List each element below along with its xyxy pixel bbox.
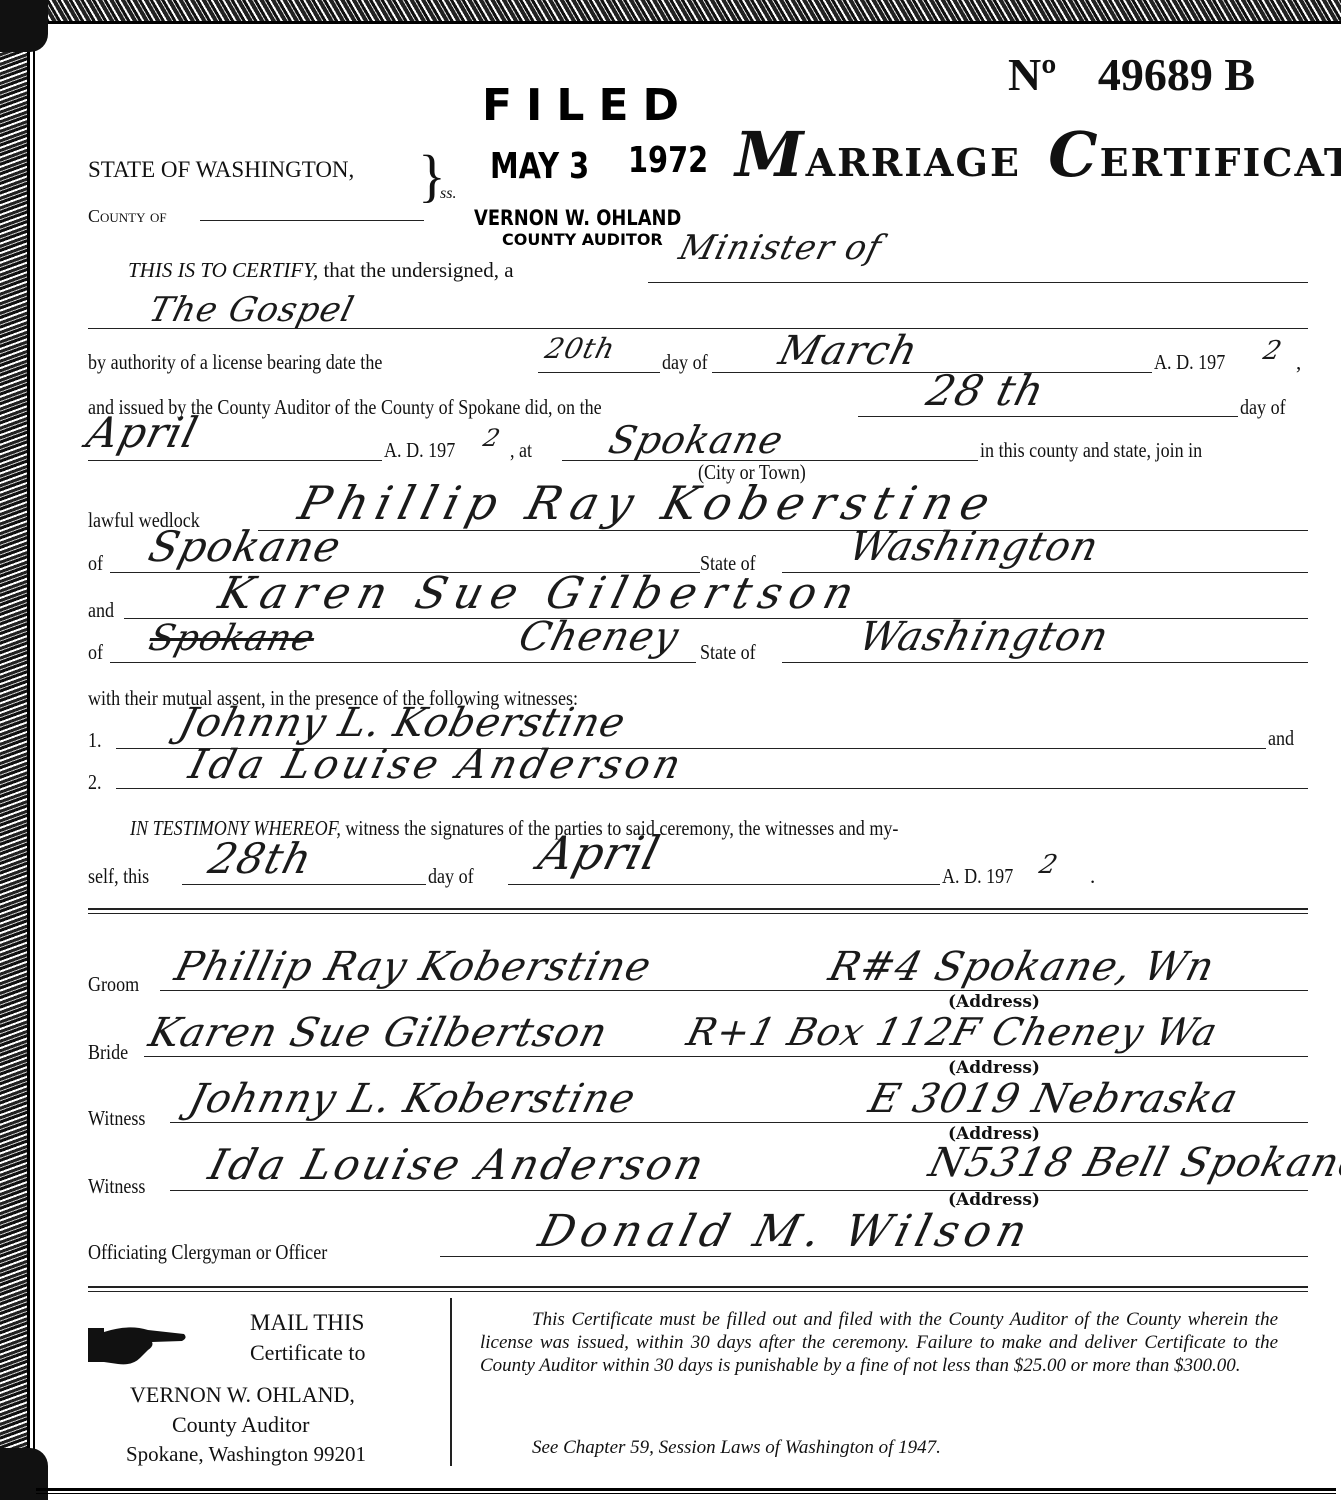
license-year-digit: 2	[1260, 336, 1285, 366]
bride-address: R+1 Box 112F Cheney Wa	[683, 1010, 1223, 1054]
bride-label: Bride	[88, 1040, 128, 1065]
groom-signature: Phillip Ray Koberstine	[170, 944, 656, 990]
witness-2-number: 2.	[88, 770, 102, 795]
groom-name-line	[258, 530, 1308, 531]
title-word-certificate: ERTIFICATE	[1100, 140, 1341, 185]
title-initial-c: C	[1048, 118, 1099, 191]
ceremony-month-line	[88, 460, 382, 461]
auditor-address: Spokane, Washington 99201	[126, 1442, 366, 1467]
bride-state-handwritten: Washington	[854, 614, 1113, 660]
mail-this-label: MAIL THIS	[250, 1310, 364, 1336]
groom-state-handwritten: Washington	[844, 524, 1103, 570]
bride-name-handwritten: Karen Sue Gilbertson	[214, 568, 867, 619]
license-text: by authority of a license bearing date t…	[88, 350, 382, 375]
witness-2-handwritten: Ida Louise Anderson	[184, 742, 689, 788]
certify-line: THIS IS TO CERTIFY, that the undersigned…	[128, 258, 514, 283]
witness-2-signature: Ida Louise Anderson	[204, 1140, 712, 1189]
witness-2-line	[116, 788, 1308, 789]
stamp-date: MAY 3	[490, 146, 589, 187]
period: .	[1090, 864, 1095, 889]
number-value: 49689 B	[1098, 49, 1255, 100]
groom-signature-line	[160, 990, 1308, 991]
certificate-to-label: Certificate to	[250, 1340, 365, 1366]
certificate-number: Nº 49689 B	[1008, 48, 1255, 101]
license-day-handwritten: 20th	[542, 332, 619, 365]
state-label: STATE OF WASHINGTON,	[88, 157, 354, 183]
ss-label: ss.	[440, 185, 456, 203]
certificate-title: MARRIAGE CERTIFICATE	[735, 118, 1341, 191]
title-word-marriage: ARRIAGE	[806, 140, 1021, 185]
ornate-border-left	[0, 0, 30, 1500]
footer-divider	[88, 1286, 1308, 1292]
officiant-title-handwritten-1: Minister of	[675, 228, 886, 268]
of-label-2: of	[88, 640, 103, 665]
stamp-auditor-role: COUNTY AUDITOR	[502, 230, 663, 249]
bride-city-struck-handwritten: Spokane	[145, 618, 319, 659]
ad-label-2: A. D. 197	[384, 438, 455, 463]
auditor-title: County Auditor	[172, 1412, 310, 1438]
groom-label: Groom	[88, 972, 139, 997]
ornate-border-top	[0, 0, 1341, 24]
certify-text: that the undersigned, a	[323, 258, 513, 282]
officiant-title-line-1	[648, 282, 1308, 283]
license-day-line	[538, 372, 660, 373]
county-field-line	[200, 220, 424, 221]
witness-1-address: E 3019 Nebraska	[864, 1076, 1243, 1122]
testimony-month-line	[508, 884, 940, 885]
ceremony-day-line	[858, 416, 1238, 417]
witness-1-number: 1.	[88, 728, 102, 753]
section-divider	[88, 908, 1308, 914]
day-of-label-3: day of	[428, 864, 474, 889]
officiant-signature: Donald M. Wilson	[534, 1206, 1038, 1257]
border-bottom-rule	[36, 1488, 1336, 1494]
state-of-label-2: State of	[700, 640, 756, 665]
license-month-handwritten: March	[774, 328, 923, 374]
ceremony-month-handwritten: April	[82, 408, 203, 457]
title-initial-m: M	[735, 118, 806, 191]
law-reference: See Chapter 59, Session Laws of Washingt…	[532, 1436, 941, 1459]
at-label: , at	[510, 438, 532, 463]
witness-1-signature: Johnny L. Koberstine	[184, 1076, 640, 1122]
number-prefix: Nº	[1008, 49, 1056, 100]
filing-notice: This Certificate must be filled out and …	[480, 1308, 1278, 1377]
testimony-day-line	[182, 884, 426, 885]
stamp-year: 1972	[628, 140, 708, 181]
bride-signature-line	[144, 1056, 1308, 1057]
comma: ,	[1296, 350, 1301, 375]
of-label: of	[88, 551, 103, 576]
join-text: in this county and state, join in	[980, 438, 1202, 463]
groom-name-handwritten: Phillip Ray Koberstine	[293, 476, 1003, 530]
bride-city-line	[110, 662, 696, 663]
testimony-day-handwritten: 28th	[204, 834, 318, 883]
groom-city-handwritten: Spokane	[144, 522, 347, 571]
day-of-label-2: day of	[1240, 395, 1286, 420]
bride-city-handwritten: Cheney	[514, 614, 684, 660]
pointing-hand-icon	[88, 1322, 188, 1368]
witness-label-1: Witness	[88, 1106, 145, 1131]
bride-state-line	[782, 662, 1308, 663]
address-label: (Address)	[948, 992, 1040, 1012]
ceremony-city-handwritten: Spokane	[605, 418, 789, 462]
address-label: (Address)	[948, 1058, 1040, 1078]
testimony-year-digit: 2	[1036, 850, 1061, 880]
witness-1-handwritten: Johnny L. Koberstine	[174, 700, 630, 746]
witness-2-signature-line	[170, 1190, 1308, 1191]
and-label-2: and	[1268, 726, 1294, 751]
testimony-month-handwritten: April	[533, 826, 666, 880]
ad-label: A. D. 197	[1154, 350, 1225, 375]
officiant-label: Officiating Clergyman or Officer	[88, 1240, 327, 1265]
day-of-label: day of	[662, 350, 708, 375]
witness-1-signature-line	[170, 1122, 1308, 1123]
self-this-label: self, this	[88, 864, 149, 889]
footer-vertical-divider	[450, 1298, 452, 1466]
and-label: and	[88, 598, 114, 623]
groom-address: R#4 Spokane, Wn	[824, 944, 1219, 990]
officiant-title-handwritten-2: The Gospel	[145, 290, 358, 330]
certify-italic: THIS IS TO CERTIFY,	[128, 258, 318, 282]
corner-ornament-icon	[0, 0, 48, 52]
filed-stamp: FILED	[482, 80, 693, 131]
ceremony-day-handwritten: 28 th	[922, 366, 1050, 415]
county-label: County of	[88, 206, 167, 227]
ad-label-3: A. D. 197	[942, 864, 1013, 889]
stamp-auditor-name: VERNON W. OHLAND	[474, 206, 681, 230]
witness-2-address: N5318 Bell Spokane	[924, 1140, 1341, 1186]
ceremony-year-digit: 2	[481, 424, 504, 452]
bride-signature: Karen Sue Gilbertson	[144, 1010, 612, 1056]
witness-label-2: Witness	[88, 1174, 145, 1199]
auditor-name: VERNON W. OHLAND,	[130, 1382, 355, 1408]
